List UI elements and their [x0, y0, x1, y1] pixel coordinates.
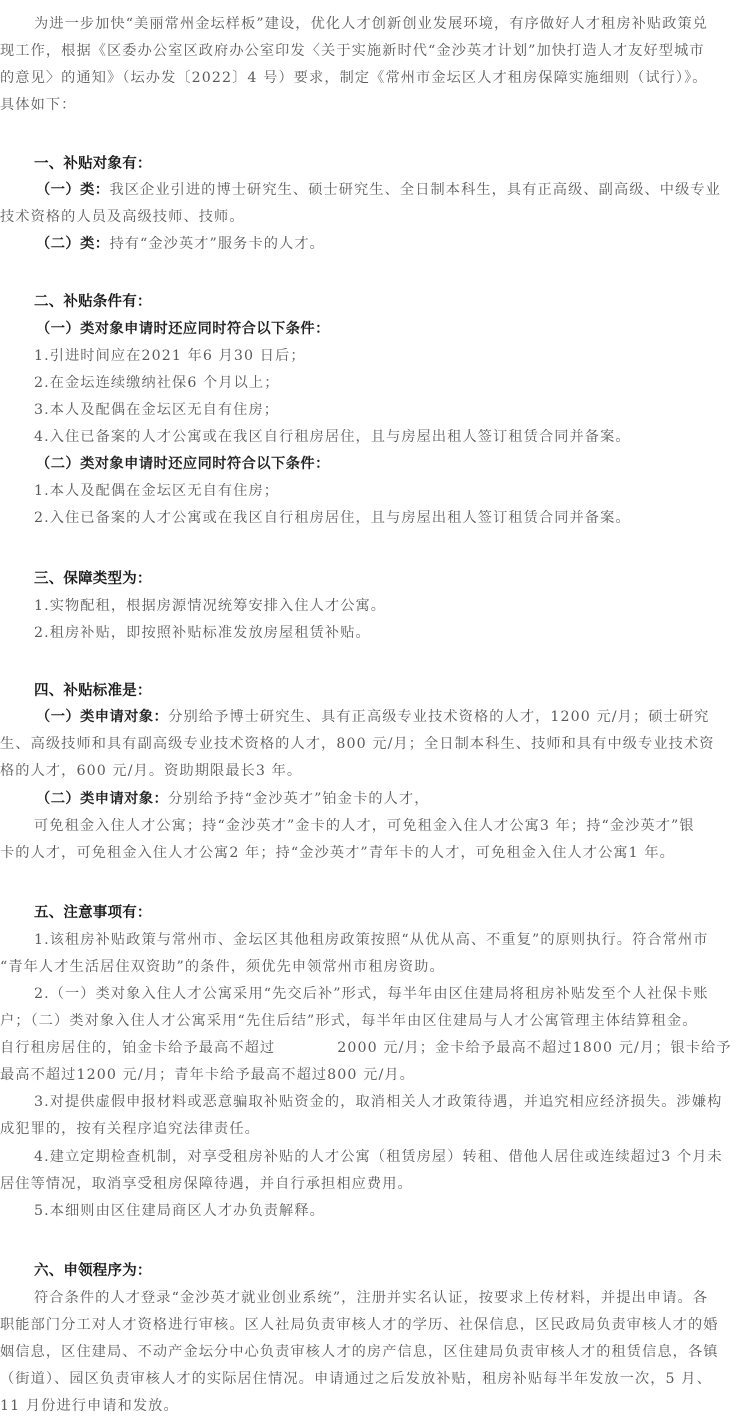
- notice-line: 3.对提供虚假申报材料或恶意骗取补贴资金的，取消相关人才政策待遇，并追究相应经济…: [34, 1089, 756, 1115]
- item-label: （一）类：: [36, 182, 109, 198]
- section-heading-2: 二、补贴条件有：: [34, 289, 756, 315]
- notice-line: 5.本细则由区住建局商区人才办负责解释。: [34, 1198, 756, 1224]
- procedure-line: 职能部门分工对人才资格进行审核。区人社局负责审核人才的学历、社保信息，区民政局负…: [0, 1312, 756, 1338]
- notice-line: 1.该租房补贴政策与常州市、金坛区其他租房政策按照“从优从高、不重复”的原则执行…: [34, 927, 756, 953]
- section-heading-4: 四、补贴标准是：: [34, 678, 756, 704]
- list-item: 1.本人及配偶在金坛区无自有住房；: [34, 478, 756, 504]
- notice-line: 自行租房居住的，铂金卡给予最高不超过2000 元/月；金卡给予最高不超过1800…: [0, 1035, 756, 1061]
- intro-line-3: 的意见〉的通知》（坛办发〔2022〕4 号）要求，制定《常州市金坛区人才租房保障…: [0, 65, 756, 91]
- item-text: 分别给予博士研究生、具有正高级专业技术资格的人才，1200 元/月；硕士研究: [168, 709, 709, 725]
- section2-group1-heading: （一）类对象申请时还应同时符合以下条件：: [36, 316, 756, 342]
- section2-group2-heading: （二）类对象申请时还应同时符合以下条件：: [36, 451, 756, 477]
- section4-item2: （二）类申请对象：分别给予持“金沙英才”铂金卡的人才，: [36, 786, 756, 812]
- item-label: （一）类申请对象：: [36, 709, 168, 725]
- section4-item2-cont: 卡的人才，可免租金入住人才公寓2 年；持“金沙英才”青年卡的人才，可免租金入住人…: [0, 840, 756, 866]
- list-item: 1.引进时间应在2021 年6 月30 日后；: [34, 343, 756, 369]
- item-label: （二）类申请对象：: [36, 791, 168, 807]
- section4-item1-cont: 格的人才，600 元/月。资助期限最长3 年。: [0, 758, 756, 784]
- procedure-line: 姻信息，区住建局、不动产金坛分中心负责审核人才的房产信息，区住建局负责审核人才的…: [0, 1339, 756, 1365]
- item-text: 分别给予持“金沙英才”铂金卡的人才，: [168, 791, 429, 807]
- notice-line: 2.（一）类对象入住人才公寓采用“先交后补”形式，每半年由区住建局将租房补贴发至…: [34, 981, 756, 1007]
- procedure-line: （街道）、园区负责审核人才的实际居住情况。申请通过之后发放补贴，租房补贴每半年发…: [0, 1366, 756, 1392]
- section1-item1: （一）类：我区企业引进的博士研究生、硕士研究生、全日制本科生，具有正高级、副高级…: [36, 177, 756, 203]
- notice-line: 最高不超过1200 元/月；青年卡给予最高不超过800 元/月。: [0, 1062, 756, 1088]
- list-item: 1.实物配租，根据房源情况统筹安排入住人才公寓。: [34, 593, 756, 619]
- list-item: 2.入住已备案的人才公寓或在我区自行租房居住，且与房屋出租人签订租赁合同并备案。: [34, 505, 756, 531]
- list-item: 2.在金坛连续缴纳社保6 个月以上；: [34, 370, 756, 396]
- intro-line-2: 现工作，根据《区委办公室区政府办公室印发〈关于实施新时代“金沙英才计划”加快打造…: [0, 38, 756, 64]
- list-item: 2.租房补贴，即按照补贴标准发放房屋租赁补贴。: [34, 620, 756, 646]
- notice-line: 户；（二）类对象入住人才公寓采用“先住后结”形式，每半年由区住建局与人才公寓管理…: [0, 1008, 756, 1034]
- notice-line: 居住等情况，取消享受租房保障待遇，并自行承担相应费用。: [0, 1171, 756, 1197]
- notice-text: 自行租房居住的，铂金卡给予最高不超过: [0, 1040, 275, 1056]
- item-text: 持有“金沙英才”服务卡的人才。: [109, 236, 324, 252]
- list-item: 3.本人及配偶在金坛区无自有住房；: [34, 397, 756, 423]
- item-label: （二）类：: [36, 236, 109, 252]
- section-heading-6: 六、申领程序为：: [34, 1258, 756, 1284]
- section4-item2-cont: 可免租金入住人才公寓；持“金沙英才”金卡的人才，可免租金入住人才公寓3 年；持“…: [34, 813, 756, 839]
- section-heading-5: 五、注意事项有：: [34, 900, 756, 926]
- list-item: 4.入住已备案的人才公寓或在我区自行租房居住，且与房屋出租人签订租赁合同并备案。: [34, 424, 756, 450]
- notice-text: 2000 元/月；金卡给予最高不超过1800 元/月；银卡给予: [337, 1040, 731, 1056]
- section1-item1-cont: 技术资格的人员及高级技师、技师。: [0, 204, 756, 230]
- notice-line: “青年人才生活居住双资助”的条件，须优先申领常州市租房资助。: [0, 954, 756, 980]
- section4-item1: （一）类申请对象：分别给予博士研究生、具有正高级专业技术资格的人才，1200 元…: [36, 704, 756, 730]
- notice-line: 4.建立定期检查机制，对享受租房补贴的人才公寓（租赁房屋）转租、借他人居住或连续…: [34, 1144, 756, 1170]
- section4-item1-cont: 生、高级技师和具有副高级专业技术资格的人才，800 元/月；全日制本科生、技师和…: [0, 731, 756, 757]
- section1-item2: （二）类：持有“金沙英才”服务卡的人才。: [36, 231, 756, 257]
- item-text: 我区企业引进的博士研究生、硕士研究生、全日制本科生，具有正高级、副高级、中级专业: [109, 182, 721, 198]
- section-heading-1: 一、补贴对象有：: [34, 151, 756, 177]
- notice-line: 成犯罪的，按有关程序追究法律责任。: [0, 1116, 756, 1142]
- procedure-line: 符合条件的人才登录“金沙英才就业创业系统”，注册并实名认证，按要求上传材料，并提…: [34, 1285, 756, 1311]
- procedure-line: 11 月份进行申请和发放。: [0, 1393, 756, 1419]
- intro-line-4: 具体如下：: [0, 92, 756, 118]
- intro-line-1: 为进一步加快“美丽常州金坛样板”建设，优化人才创新创业发展环境，有序做好人才租房…: [34, 11, 756, 37]
- section-heading-3: 三、保障类型为：: [34, 566, 756, 592]
